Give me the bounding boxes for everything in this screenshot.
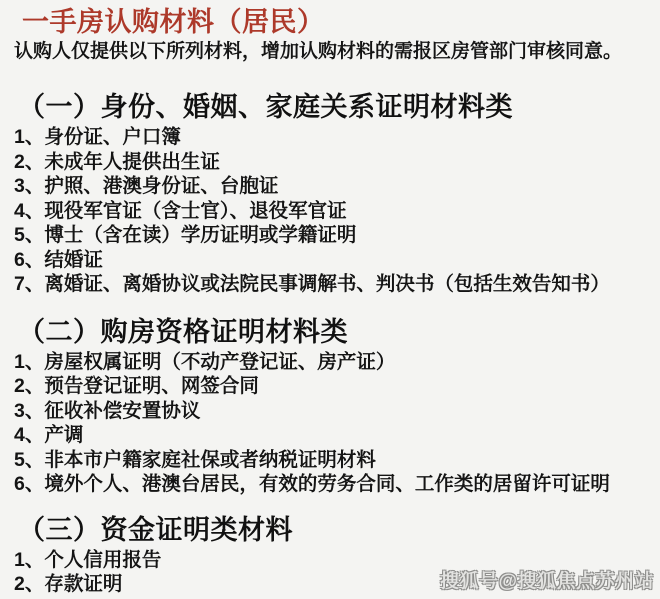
list-item: 3、征收补偿安置协议: [14, 399, 646, 424]
list-item: 4、现役军官证（含士官）、退役军官证: [14, 199, 646, 224]
list-item: 5、博士（含在读）学历证明或学籍证明: [14, 223, 646, 248]
list-item: 1、身份证、户口簿: [14, 125, 646, 150]
page-title: 一手房认购材料（居民）: [22, 6, 646, 38]
section-heading: （三）资金证明类材料: [18, 515, 646, 545]
list-item: 1、房屋权属证明（不动产登记证、房产证）: [14, 350, 646, 375]
list-item: 2、未成年人提供出生证: [14, 150, 646, 175]
watermark: 搜狐号@搜狐焦点苏州站: [440, 566, 654, 593]
list-item: 7、离婚证、离婚协议或法院民事调解书、判决书（包括生效告知书）: [14, 272, 646, 297]
list-item: 6、结婚证: [14, 248, 646, 273]
page-subtitle: 认购人仅提供以下所列材料，增加认购材料的需报区房管部门审核同意。: [14, 40, 646, 64]
list-item: 5、非本市户籍家庭社保或者纳税证明材料: [14, 448, 646, 473]
section-heading: （二）购房资格证明材料类: [18, 317, 646, 347]
list-item: 4、产调: [14, 423, 646, 448]
list-item: 2、预告登记证明、网签合同: [14, 374, 646, 399]
section-heading: （一）身份、婚姻、家庭关系证明材料类: [18, 92, 646, 122]
list-item: 6、境外个人、港澳台居民，有效的劳务合同、工作类的居留许可证明: [14, 472, 646, 497]
section-identity-marriage-family: （一）身份、婚姻、家庭关系证明材料类 1、身份证、户口簿 2、未成年人提供出生证…: [14, 92, 646, 297]
document-page: 一手房认购材料（居民） 认购人仅提供以下所列材料，增加认购材料的需报区房管部门审…: [0, 0, 660, 599]
list-item: 3、护照、港澳身份证、台胞证: [14, 174, 646, 199]
section-purchase-qualification: （二）购房资格证明材料类 1、房屋权属证明（不动产登记证、房产证） 2、预告登记…: [14, 317, 646, 497]
